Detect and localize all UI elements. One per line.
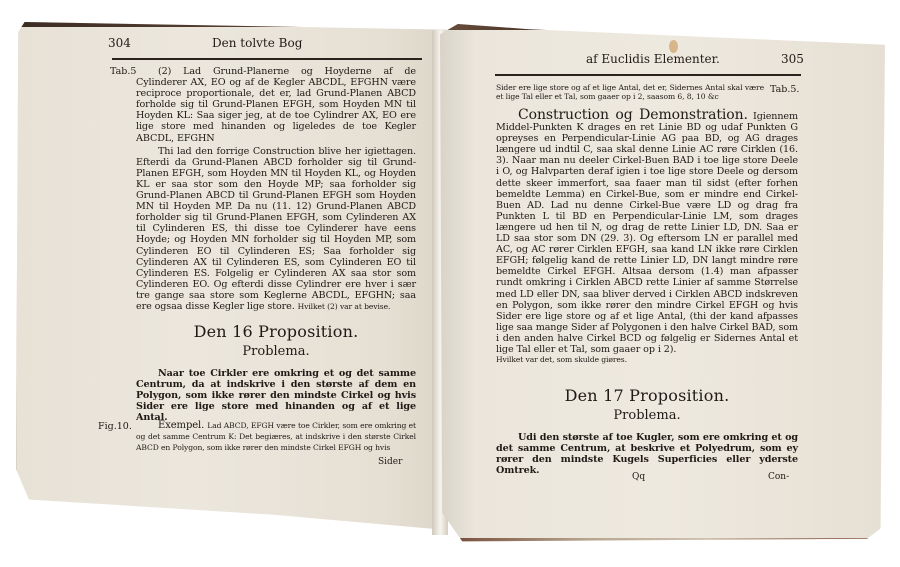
section-heading: Construction og Demonstration. <box>518 107 748 123</box>
right-proposition-title: Den 17 Proposition. <box>496 386 798 405</box>
open-book-photo: 304 Den tolvte Bog Tab.5 (2) Lad Grund-P… <box>0 0 900 567</box>
left-paragraph-2: Thi lad den forrige Construction blive h… <box>136 146 416 312</box>
left-margin-note-tab: Tab.5 <box>110 66 136 77</box>
right-margin-note-tab: Tab.5. <box>770 84 799 95</box>
right-running-head: af Euclidis Elementer. <box>586 52 720 66</box>
left-running-head: Den tolvte Bog <box>212 36 302 50</box>
example-label: Exempel. <box>158 420 204 431</box>
left-margin-note-fig: Fig.10. <box>98 421 132 432</box>
left-page-number: 304 <box>108 36 131 50</box>
left-text-block: (2) Lad Grund-Planerne og Hoyderne af de… <box>136 66 416 312</box>
section-end: Hvilket var det, som skulde giøres. <box>496 355 798 364</box>
right-page-number: 305 <box>781 52 804 66</box>
left-paragraph-1: (2) Lad Grund-Planerne og Hoyderne af de… <box>136 66 416 144</box>
left-example-block: Exempel. Lad ABCD, EFGH være toe Cirkler… <box>136 420 416 453</box>
left-problem-text: Naar toe Cirkler ere omkring et og det s… <box>136 368 416 423</box>
right-header-rule <box>495 74 801 76</box>
left-header-rule <box>112 58 422 60</box>
left-proposition-title: Den 16 Proposition. <box>136 322 416 341</box>
left-catchword: Sider <box>378 458 402 467</box>
left-paragraph-2-text: Thi lad den forrige Construction blive h… <box>136 146 416 312</box>
right-section: Construction og Demonstration. Igiennem … <box>496 110 798 364</box>
right-problem-statement: Udi den største af toe Kugler, som ere o… <box>496 432 798 476</box>
right-proposition-type: Problema. <box>496 408 798 423</box>
section-body: Igiennem Middel-Punkten K drages en ret … <box>496 111 798 355</box>
right-continuation: Sider ere lige store og af et lige Antal… <box>496 83 764 101</box>
right-problem-text: Udi den største af toe Kugler, som ere o… <box>496 432 798 476</box>
left-problem-statement: Naar toe Cirkler ere omkring et og det s… <box>136 368 416 423</box>
left-paragraph-2-end: Hvilket (2) var at bevise. <box>298 302 391 311</box>
signature-mark: Qq <box>632 472 645 482</box>
right-catchword: Con- <box>768 472 789 482</box>
left-proposition-type: Problema. <box>136 344 416 359</box>
